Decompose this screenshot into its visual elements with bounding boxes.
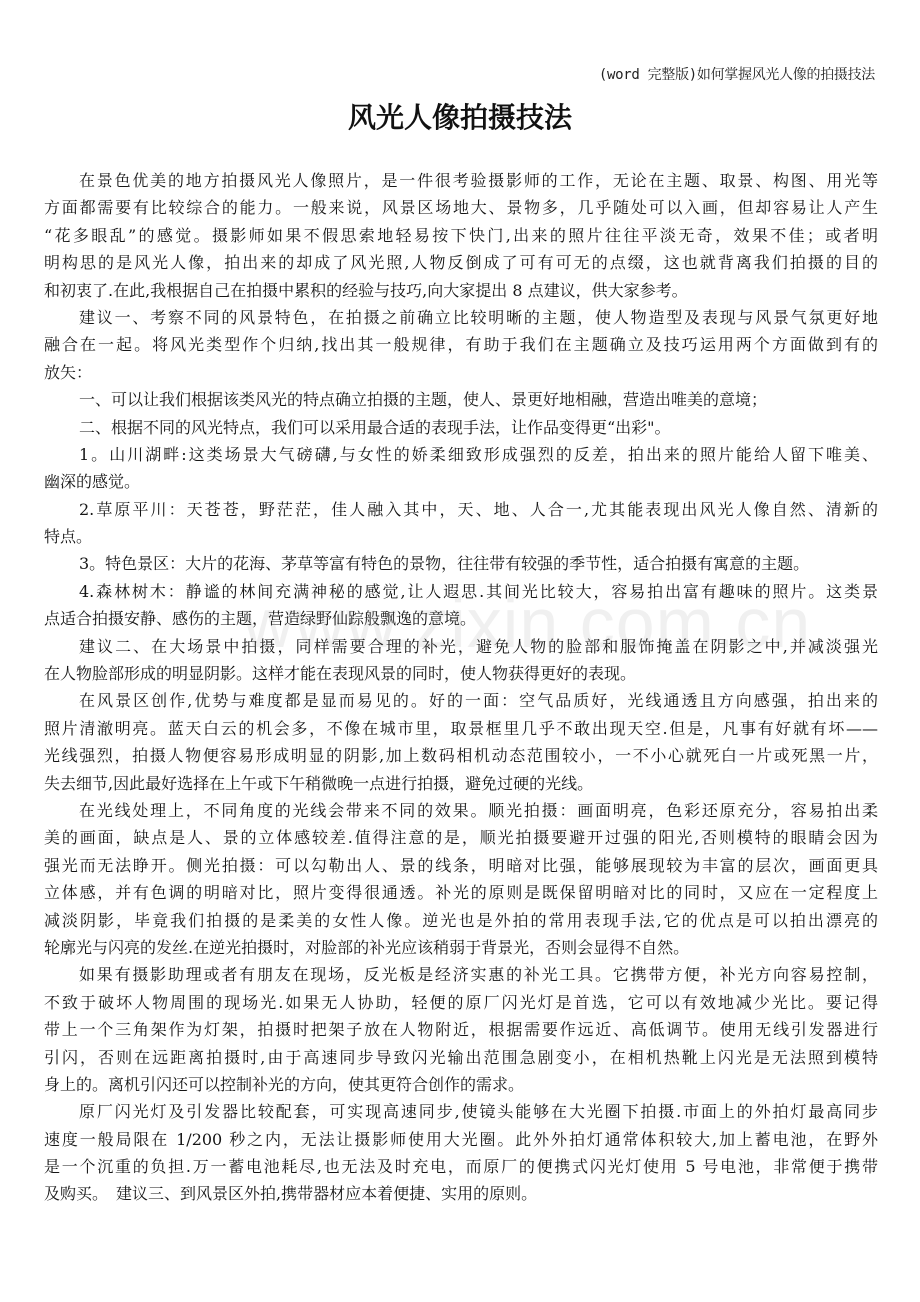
text-line: 及购买。 建议三、到风景区外拍,携带器材应本着便捷、实用的原则。	[44, 1180, 878, 1207]
text-line: 光线强烈，拍摄人物便容易形成明显的阴影,加上数码相机动态范围较小，一不小心就死白…	[44, 742, 878, 769]
text-line: 照片清澈明亮。蓝天白云的机会多，不像在城市里，取景框里几乎不敢出现天空.但是，凡…	[44, 715, 878, 742]
text-line: 明构思的是风光人像，拍出来的却成了风光照,人物反倒成了可有可无的点缀，这也就背离…	[44, 249, 878, 276]
document-body: 在景色优美的地方拍摄风光人像照片，是一件很考验摄影师的工作，无论在主题、取景、构…	[44, 167, 878, 1208]
text-line: 3。特色景区：大片的花海、茅草等富有特色的景物，往往带有较强的季节性，适合拍摄有…	[44, 550, 878, 577]
text-line: 方面都需要有比较综合的能力。一般来说，风景区场地大、景物多，几乎随处可以入画，但…	[44, 194, 878, 221]
text-line: 带上一个三角架作为灯架，拍摄时把架子放在人物附近，根据需要作远近、高低调节。使用…	[44, 1016, 878, 1043]
text-line: 在人物脸部形成的明显阴影。这样才能在表现风景的同时，使人物获得更好的表现。	[44, 660, 878, 687]
paragraph-intro: 在景色优美的地方拍摄风光人像照片，是一件很考验摄影师的工作，无论在主题、取景、构…	[44, 167, 878, 304]
text-line: 身上的。离机引闪还可以控制补光的方向，使其更符合创作的需求。	[44, 1071, 878, 1098]
document-title: 风光人像拍摄技法	[0, 98, 920, 138]
text-line: 原厂闪光灯及引发器比较配套，可实现高速同步,使镜头能够在大光圈下拍摄.市面上的外…	[44, 1098, 878, 1125]
text-line: 如果有摄影助理或者有朋友在现场，反光板是经济实惠的补光工具。它携带方便，补光方向…	[44, 961, 878, 988]
paragraph-flash: 原厂闪光灯及引发器比较配套，可实现高速同步,使镜头能够在大光圈下拍摄.市面上的外…	[44, 1098, 878, 1208]
text-line: 点适合拍摄安静、感伤的主题，营造绿野仙踪般飘逸的意境。	[44, 605, 878, 632]
paragraph-scenic-creation: 在风景区创作,优势与难度都是显而易见的。好的一面：空气品质好，光线通透且方向感强…	[44, 687, 878, 797]
text-line: 融合在一起。将风光类型作个归纳,找出其一般规律，有助于我们在主题确立及技巧运用两…	[44, 331, 878, 358]
text-line: 是一个沉重的负担.万一蓄电池耗尽,也无法及时充电，而原厂的便携式闪光灯使用 5 …	[44, 1153, 878, 1180]
paragraph-point-1: 一、可以让我们根据该类风光的特点确立拍摄的主题，使人、景更好地相融，营造出唯美的…	[44, 386, 878, 413]
paragraph-point-2: 二、根据不同的风光特点，我们可以采用最合适的表现手法，让作品变得更“出彩"。	[44, 414, 878, 441]
paragraph-forest: 4.森林树木：静谧的林间充满神秘的感觉,让人遐思.其间光比较大，容易拍出富有趣味…	[44, 578, 878, 633]
text-line: 建议一、考察不同的风景特色，在拍摄之前确立比较明晰的主题，使人物造型及表现与风景…	[44, 304, 878, 331]
text-line: 在光线处理上，不同角度的光线会带来不同的效果。顺光拍摄：画面明亮，色彩还原充分，…	[44, 797, 878, 824]
text-line: 不致于破坏人物周围的现场光.如果无人协助，轻便的原厂闪光灯是首选，它可以有效地减…	[44, 989, 878, 1016]
paragraph-grassland: 2.草原平川：天苍苍，野茫茫，佳人融入其中，天、地、人合一,尤其能表现出风光人像…	[44, 496, 878, 551]
text-line: 1。山川湖畔:这类场景大气磅礴,与女性的娇柔细致形成强烈的反差，拍出来的照片能给…	[44, 441, 878, 468]
text-line: 减淡阴影，毕竟我们拍摄的是柔美的女性人像。逆光也是外拍的常用表现手法,它的优点是…	[44, 907, 878, 934]
text-line: 美的画面，缺点是人、景的立体感较差.值得注意的是，顺光拍摄要避开过强的阳光,否则…	[44, 824, 878, 851]
text-line: 一、可以让我们根据该类风光的特点确立拍摄的主题，使人、景更好地相融，营造出唯美的…	[44, 386, 878, 413]
text-line: 失去细节,因此最好选择在上午或下午稍微晚一点进行拍摄，避免过硬的光线。	[44, 770, 878, 797]
paragraph-lighting: 在光线处理上，不同角度的光线会带来不同的效果。顺光拍摄：画面明亮，色彩还原充分，…	[44, 797, 878, 961]
running-header: (word 完整版)如何掌握风光人像的拍摄技法	[599, 66, 875, 84]
text-line: 引闪，否则在远距离拍摄时,由于高速同步导致闪光输出范围急剧变小，在相机热靴上闪光…	[44, 1044, 878, 1071]
text-line: 强光而无法睁开。侧光拍摄：可以勾勒出人、景的线条，明暗对比强，能够展现较为丰富的…	[44, 852, 878, 879]
text-line: 速度一般局限在 1/200 秒之内，无法让摄影师使用大光圈。此外外拍灯通常体积较…	[44, 1126, 878, 1153]
text-line: 4.森林树木：静谧的林间充满神秘的感觉,让人遐思.其间光比较大，容易拍出富有趣味…	[44, 578, 878, 605]
paragraph-suggestion-2: 建议二、在大场景中拍摄，同样需要合理的补光，避免人物的脸部和服饰掩盖在阴影之中,…	[44, 633, 878, 688]
text-line: 和初衷了.在此,我根据自己在拍摄中累积的经验与技巧,向大家提出 8 点建议，供大…	[44, 277, 878, 304]
paragraph-mountain-lake: 1。山川湖畔:这类场景大气磅礴,与女性的娇柔细致形成强烈的反差，拍出来的照片能给…	[44, 441, 878, 496]
text-line: 2.草原平川：天苍苍，野茫茫，佳人融入其中，天、地、人合一,尤其能表现出风光人像…	[44, 496, 878, 523]
text-line: 特点。	[44, 523, 878, 550]
text-line: 在风景区创作,优势与难度都是显而易见的。好的一面：空气品质好，光线通透且方向感强…	[44, 687, 878, 714]
text-line: 放矢：	[44, 359, 878, 386]
text-line: “花多眼乱”的感觉。摄影师如果不假思索地轻易按下快门,出来的照片往往平淡无奇，效…	[44, 222, 878, 249]
paragraph-reflector: 如果有摄影助理或者有朋友在现场，反光板是经济实惠的补光工具。它携带方便，补光方向…	[44, 961, 878, 1098]
text-line: 幽深的感觉。	[44, 468, 878, 495]
text-line: 轮廓光与闪亮的发丝.在逆光拍摄时，对脸部的补光应该稍弱于背景光，否则会显得不自然…	[44, 934, 878, 961]
paragraph-suggestion-1: 建议一、考察不同的风景特色，在拍摄之前确立比较明晰的主题，使人物造型及表现与风景…	[44, 304, 878, 386]
text-line: 建议二、在大场景中拍摄，同样需要合理的补光，避免人物的脸部和服饰掩盖在阴影之中,…	[44, 633, 878, 660]
paragraph-scenic-area: 3。特色景区：大片的花海、茅草等富有特色的景物，往往带有较强的季节性，适合拍摄有…	[44, 550, 878, 577]
text-line: 二、根据不同的风光特点，我们可以采用最合适的表现手法，让作品变得更“出彩"。	[44, 414, 878, 441]
text-line: 立体感，并有色调的明暗对比，照片变得很通透。补光的原则是既保留明暗对比的同时，又…	[44, 879, 878, 906]
text-line: 在景色优美的地方拍摄风光人像照片，是一件很考验摄影师的工作，无论在主题、取景、构…	[44, 167, 878, 194]
